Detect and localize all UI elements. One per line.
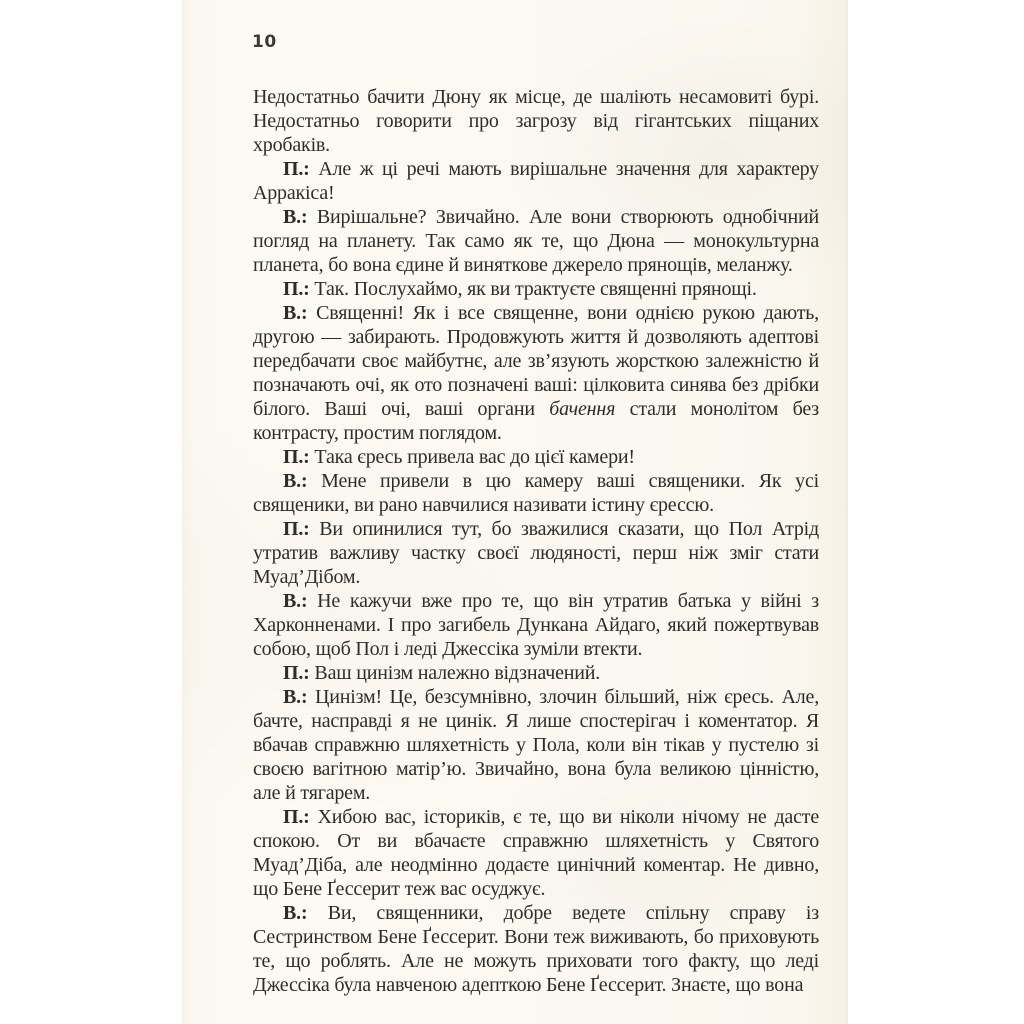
text-segment: Мене привели в цю камеру ваші священики.… — [253, 470, 819, 516]
scanned-book-page: 10 Недостатньо бачити Дюну як місце, де … — [0, 0, 1024, 1024]
paragraph: В.: Священні! Як і все священне, вони од… — [253, 301, 819, 445]
paper-sheet: 10 Недостатньо бачити Дюну як місце, де … — [182, 0, 848, 1024]
speaker-label: В.: — [283, 206, 307, 228]
paragraph: В.: Не кажучи вже про те, що він утратив… — [253, 589, 819, 661]
paragraph: П.: Хибою вас, істориків, є те, що ви ні… — [253, 805, 819, 901]
speaker-label: П.: — [283, 518, 310, 540]
text-block: Недостатньо бачити Дюну як місце, де шал… — [253, 85, 819, 997]
paragraph: П.: Ви опинилися тут, бо зважилися сказа… — [253, 517, 819, 589]
text-segment: Цинізм! Це, безсумнівно, злочин більший,… — [253, 686, 819, 804]
text-segment: Не кажучи вже про те, що він утратив бат… — [253, 590, 819, 660]
paragraph: П.: Ваш цинізм належно відзначений. — [253, 661, 819, 685]
speaker-label: В.: — [283, 590, 307, 612]
speaker-label: В.: — [283, 302, 307, 324]
text-segment: Ви, священники, добре ведете спільну спр… — [253, 902, 819, 996]
speaker-label: П.: — [283, 278, 310, 300]
text-segment: бачення — [549, 398, 615, 420]
paragraph: В.: Мене привели в цю камеру ваші священ… — [253, 469, 819, 517]
paragraph: В.: Ви, священники, добре ведете спільну… — [253, 901, 819, 997]
text-segment: Ви опинилися тут, бо зважилися сказати, … — [253, 518, 819, 588]
paragraph: В.: Вирішальне? Звичайно. Але вони створ… — [253, 205, 819, 277]
paragraph: В.: Цинізм! Це, безсумнівно, злочин біль… — [253, 685, 819, 805]
page-number: 10 — [252, 32, 277, 52]
text-segment: Вирішальне? Звичайно. Але вони створюють… — [253, 206, 819, 276]
speaker-label: В.: — [283, 902, 307, 924]
speaker-label: П.: — [283, 662, 310, 684]
text-segment: Але ж ці речі мають вирішальне значення … — [253, 158, 819, 204]
paragraph: П.: Так. Послухаймо, як ви трактуєте свя… — [253, 277, 819, 301]
text-segment: Ваш цинізм належно відзначений. — [310, 662, 600, 684]
text-segment: Так. Послухаймо, як ви трактуєте священн… — [310, 278, 757, 300]
speaker-label: П.: — [283, 446, 310, 468]
paragraph: П.: Але ж ці речі мають вирішальне значе… — [253, 157, 819, 205]
text-segment: Хибою вас, істориків, є те, що ви ніколи… — [253, 806, 819, 900]
speaker-label: В.: — [283, 686, 307, 708]
paragraph: П.: Така єресь привела вас до цієї камер… — [253, 445, 819, 469]
paragraph: Недостатньо бачити Дюну як місце, де шал… — [253, 85, 819, 157]
text-segment: Така єресь привела вас до цієї камери! — [310, 446, 635, 468]
speaker-label: П.: — [283, 806, 310, 828]
text-segment: Недостатньо бачити Дюну як місце, де шал… — [253, 86, 819, 156]
speaker-label: В.: — [283, 470, 307, 492]
speaker-label: П.: — [283, 158, 310, 180]
